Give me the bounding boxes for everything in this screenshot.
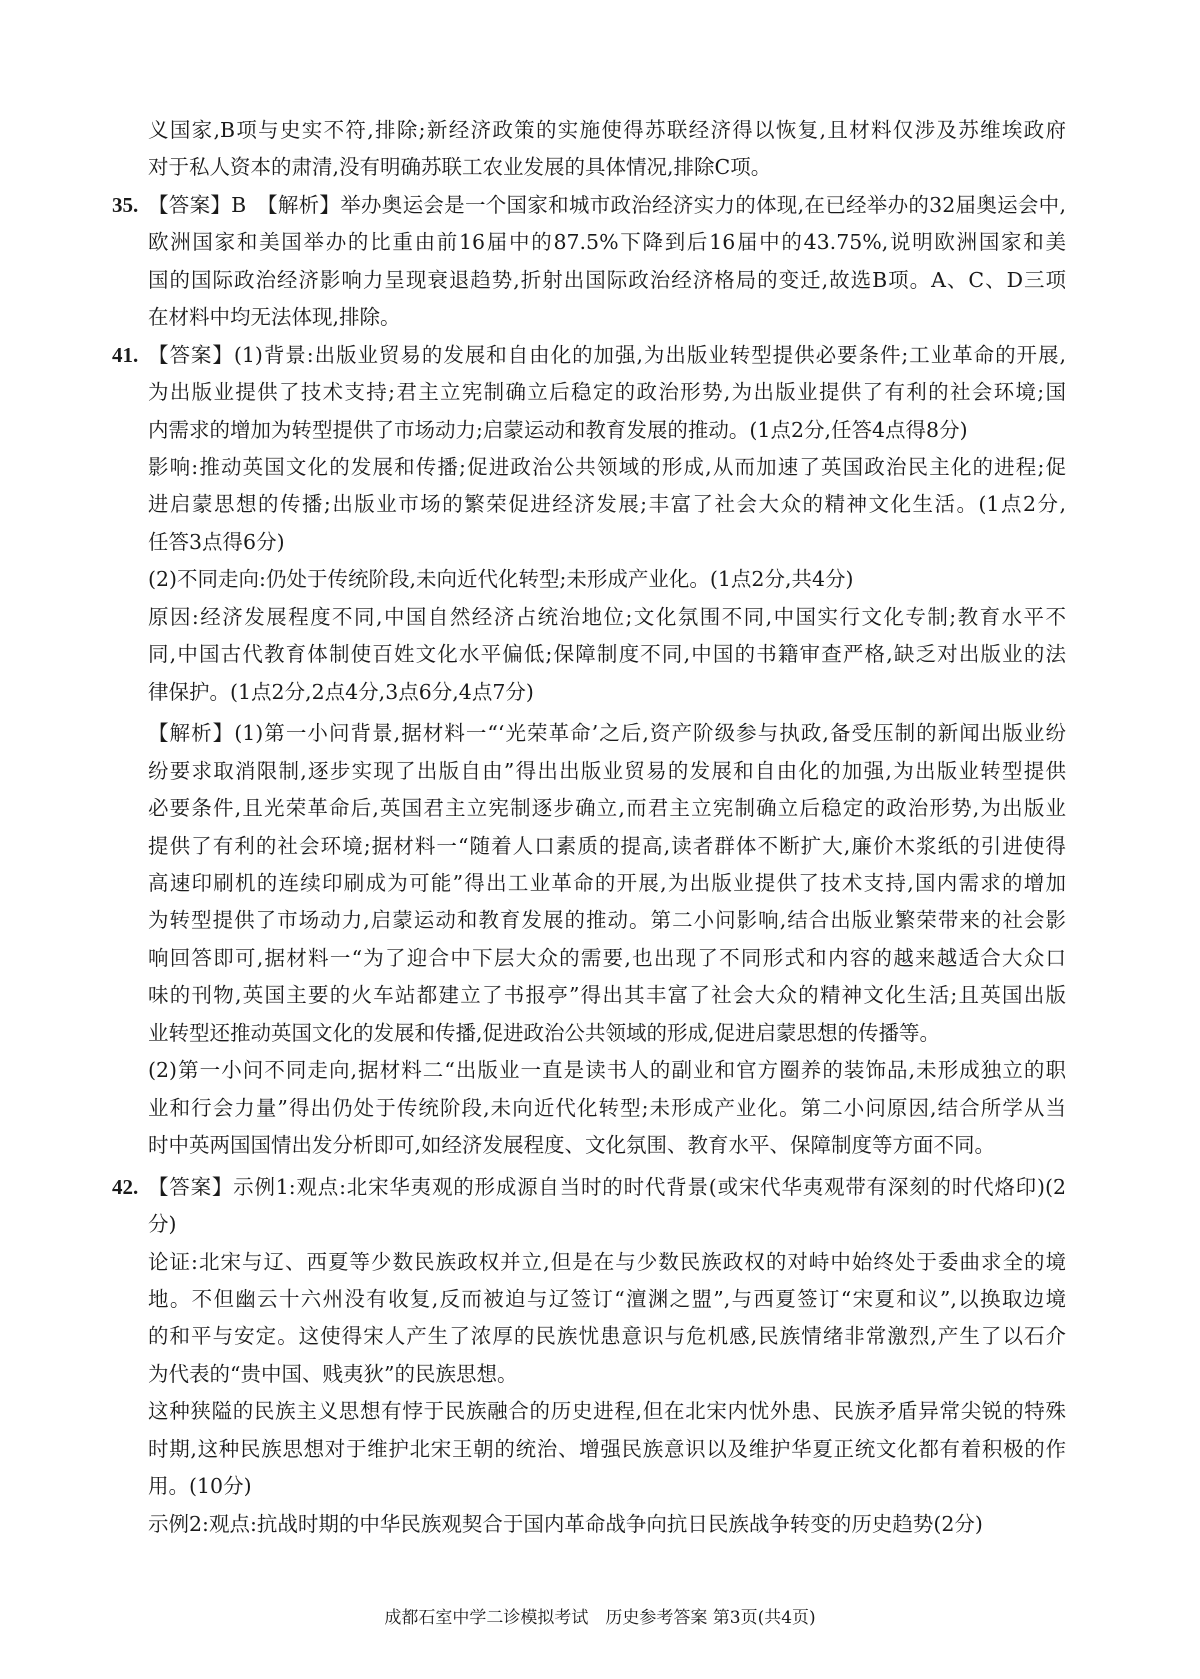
- text-line: 在材料中均无法体现,排除。: [148, 299, 1066, 335]
- text-line: 高速印刷机的连续印刷成为可能”得出工业革命的开展,为出版业提供了技术支持,国内需…: [148, 865, 1066, 901]
- text-line: 为代表的“贵中国、贱夷狄”的民族思想。: [148, 1356, 1066, 1392]
- text-line: 为转型提供了市场动力,启蒙运动和教育发展的推动。第二小问影响,结合出版业繁荣带来…: [148, 902, 1066, 938]
- text-line: 【答案】(1)背景:出版业贸易的发展和自由化的加强,为出版业转型提供必要条件;工…: [148, 337, 1066, 373]
- text-line: 【答案】示例1:观点:北宋华夷观的形成源自当时的时代背景(或宋代华夷观带有深刻的…: [148, 1169, 1066, 1205]
- text-line: 必要条件,且光荣革命后,英国君主立宪制逐步确立,而君主立宪制确立后稳定的政治形势…: [148, 790, 1066, 826]
- text-line: 地。不但幽云十六州没有收复,反而被迫与辽签订“澶渊之盟”,与西夏签订“宋夏和议”…: [148, 1281, 1066, 1317]
- text-line: 分): [148, 1206, 1066, 1242]
- text-line: 时期,这种民族思想对于维护北宋王朝的统治、增强民族意识以及维护华夏正统文化都有着…: [148, 1431, 1066, 1467]
- text-line: 业转型还推动英国文化的发展和传播,促进政治公共领域的形成,促进启蒙思想的传播等。: [148, 1015, 1066, 1051]
- text-line: 【答案】B 【解析】举办奥运会是一个国家和城市政治经济实力的体现,在已经举办的3…: [148, 187, 1066, 223]
- text-line: 原因:经济发展程度不同,中国自然经济占统治地位;文化氛围不同,中国实行文化专制;…: [148, 599, 1066, 635]
- text-line: 内需求的增加为转型提供了市场动力;启蒙运动和教育发展的推动。(1点2分,任答4点…: [148, 412, 1066, 448]
- question-number: 35.: [112, 187, 150, 223]
- text-line: 的和平与安定。这使得宋人产生了浓厚的民族忧患意识与危机感,民族情绪非常激烈,产生…: [148, 1318, 1066, 1354]
- page-footer: 成都石室中学二诊模拟考试 历史参考答案 第3页(共4页): [0, 1606, 1200, 1630]
- text-line: 【解析】(1)第一小问背景,据材料一“‘光荣革命’之后,资产阶级参与执政,备受压…: [148, 715, 1066, 751]
- text-line: 同,中国古代教育体制使百姓文化水平偏低;保障制度不同,中国的书籍审查严格,缺乏对…: [148, 636, 1066, 672]
- question-number: 41.: [112, 337, 150, 373]
- answer-key-page: 义国家,B项与史实不符,排除;新经济政策的实施使得苏联经济得以恢复,且材料仅涉及…: [0, 0, 1200, 1679]
- text-line: 律保护。(1点2分,2点4分,3点6分,4点7分): [148, 674, 1066, 710]
- text-line: 味的刊物,英国主要的火车站都建立了书报亭”得出其丰富了社会大众的精神文化生活;且…: [148, 977, 1066, 1013]
- text-line: 示例2:观点:抗战时期的中华民族观契合于国内革命战争向抗日民族战争转变的历史趋势…: [148, 1506, 1066, 1542]
- text-line: 为出版业提供了技术支持;君主立宪制确立后稳定的政治形势,为出版业提供了有利的社会…: [148, 374, 1066, 410]
- text-line: 任答3点得6分): [148, 524, 1066, 560]
- text-line: 对于私人资本的肃清,没有明确苏联工农业发展的具体情况,排除C项。: [148, 149, 1066, 185]
- text-line: 用。(10分): [148, 1468, 1066, 1504]
- text-line: (2)不同走向:仍处于传统阶段,未向近代化转型;未形成产业化。(1点2分,共4分…: [148, 561, 1066, 597]
- text-line: 进启蒙思想的传播;出版业市场的繁荣促进经济发展;丰富了社会大众的精神文化生活。(…: [148, 486, 1066, 522]
- text-line: 响回答即可,据材料一“为了迎合中下层大众的需要,也出现了不同形式和内容的越来越适…: [148, 940, 1066, 976]
- text-line: 论证:北宋与辽、西夏等少数民族政权并立,但是在与少数民族政权的对峙中始终处于委曲…: [148, 1244, 1066, 1280]
- text-line: 提供了有利的社会环境;据材料一“随着人口素质的提高,读者群体不断扩大,廉价木浆纸…: [148, 828, 1066, 864]
- question-number: 42.: [112, 1169, 150, 1205]
- text-line: 欧洲国家和美国举办的比重由前16届中的87.5%下降到后16届中的43.75%,…: [148, 224, 1066, 260]
- text-line: (2)第一小问不同走向,据材料二“出版业一直是读书人的副业和官方圈养的装饰品,未…: [148, 1052, 1066, 1088]
- text-line: 国的国际政治经济影响力呈现衰退趋势,折射出国际政治经济格局的变迁,故选B项。A、…: [148, 262, 1066, 298]
- text-line: 纷要求取消限制,逐步实现了出版自由”得出出版业贸易的发展和自由化的加强,为出版业…: [148, 753, 1066, 789]
- text-line: 这种狭隘的民族主义思想有悖于民族融合的历史进程,但在北宋内忧外患、民族矛盾异常尖…: [148, 1393, 1066, 1429]
- text-line: 时中英两国国情出发分析即可,如经济发展程度、文化氛围、教育水平、保障制度等方面不…: [148, 1127, 1066, 1163]
- text-line: 义国家,B项与史实不符,排除;新经济政策的实施使得苏联经济得以恢复,且材料仅涉及…: [148, 112, 1066, 148]
- text-line: 影响:推动英国文化的发展和传播;促进政治公共领域的形成,从而加速了英国政治民主化…: [148, 449, 1066, 485]
- text-line: 业和行会力量”得出仍处于传统阶段,未向近代化转型;未形成产业化。第二小问原因,结…: [148, 1090, 1066, 1126]
